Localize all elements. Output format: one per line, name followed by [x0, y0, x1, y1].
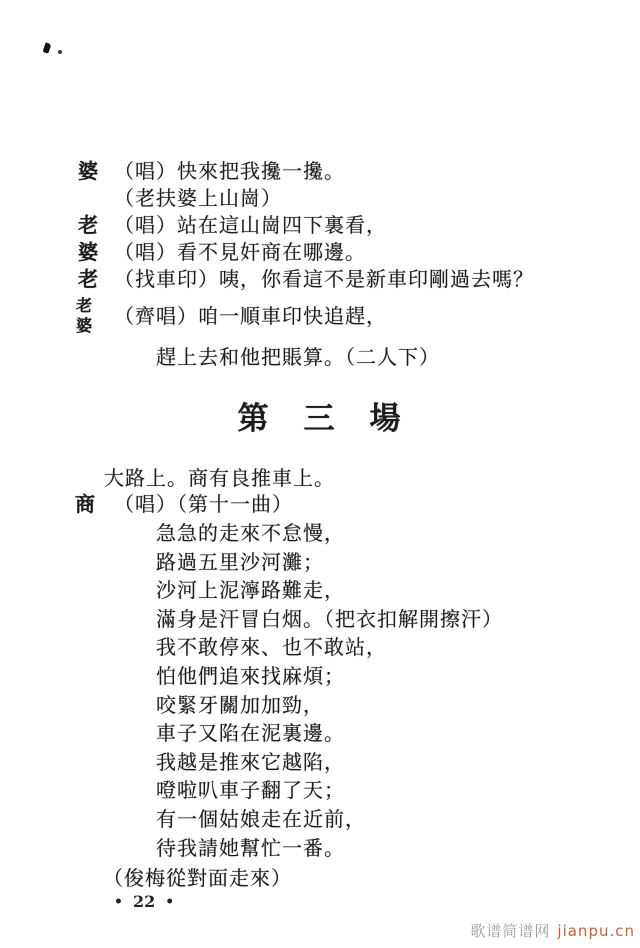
- dialogue-text: （唱）站在這山崗四下裏看，: [114, 213, 387, 237]
- verse-line: 有一個姑娘走在近前，: [156, 805, 503, 834]
- speaker-label-bottom: 婆: [76, 316, 93, 336]
- dialogue-text: 趕上去和他把賬算。（二人下）: [156, 345, 440, 369]
- speaker-label: 婆: [78, 158, 98, 185]
- scene-title: 第 三 場: [0, 393, 640, 438]
- dialogue-row: 婆 （唱）看不見奸商在哪邊。: [0, 239, 640, 266]
- speaker-label: 老: [78, 266, 98, 293]
- verse-line: 咬緊牙關加加勁，: [156, 691, 503, 720]
- dialogue-continuation-row: 趕上去和他把賬算。（二人下）: [0, 344, 640, 371]
- verse-block: 急急的走來不怠慢， 路過五里沙河灘； 沙河上泥濘路難走， 滿身是汗冒白烟。（把衣…: [156, 519, 503, 862]
- page-number-value: 22: [133, 892, 155, 911]
- speaker-label: 老: [78, 212, 98, 239]
- dialogue-text: （唱）看不見奸商在哪邊。: [114, 240, 366, 264]
- verse-line: 我不敢停來、也不敢站，: [156, 633, 503, 662]
- ink-speck: [58, 50, 62, 54]
- dialogue-block: 婆 （唱）快來把我攙一攙。 （老扶婆上山崗） 老 （唱）站在這山崗四下裏看， 婆…: [0, 158, 640, 371]
- speaker-label-stacked: 老 婆: [76, 296, 93, 336]
- dialogue-text: （齊唱）咱一順車印快追趕，: [114, 304, 387, 328]
- verse-line: 急急的走來不怠慢，: [156, 519, 503, 548]
- verse-line: 待我請她幫忙一番。: [156, 834, 503, 863]
- verse-line: 車子又陷在泥裏邊。: [156, 719, 503, 748]
- page-number-dot: •: [114, 894, 123, 910]
- speaker-label: 商: [75, 491, 96, 518]
- speaker-label: 婆: [78, 239, 98, 266]
- singer-row: 商 （唱）（第十一曲）: [0, 491, 640, 518]
- singer-direction: （唱）（第十一曲）: [0, 492, 293, 516]
- verse-line: 滿身是汗冒白烟。（把衣扣解開擦汗）: [156, 605, 503, 634]
- verse-line: 噔啦叭車子翻了天；: [156, 776, 503, 805]
- watermark-site-url: jianpu.cn: [557, 922, 635, 940]
- dialogue-row: 老 （找車印）咦，你看這不是新車印剛過去嗎？: [0, 266, 640, 293]
- dialogue-row-duet: 老 婆 （齊唱）咱一順車印快追趕，: [0, 293, 640, 339]
- dialogue-row: 老 （唱）站在這山崗四下裏看，: [0, 212, 640, 239]
- watermark-site-name: 歌谱简谱网: [470, 920, 550, 941]
- stage-direction-row: （老扶婆上山崗）: [0, 185, 640, 212]
- verse-line: 沙河上泥濘路難走，: [156, 576, 503, 605]
- scene-description: 大路上。商有良推車上。: [104, 462, 335, 491]
- page-number: • 22 •: [114, 892, 174, 911]
- scanned-script-page: 婆 （唱）快來把我攙一攙。 （老扶婆上山崗） 老 （唱）站在這山崗四下裏看， 婆…: [0, 0, 640, 948]
- stage-direction-text: （老扶婆上山崗）: [114, 186, 282, 210]
- ink-speck: [43, 42, 52, 53]
- watermark: 歌谱简谱网 jianpu.cn: [470, 920, 635, 941]
- dialogue-text: （唱）快來把我攙一攙。: [114, 159, 345, 183]
- speaker-label-top: 老: [76, 296, 93, 316]
- page-number-dot: •: [165, 894, 174, 910]
- verse-line: 我越是推來它越陷，: [156, 748, 503, 777]
- dialogue-text: （找車印）咦，你看這不是新車印剛過去嗎？: [114, 267, 534, 291]
- stage-direction-text: （俊梅從對面走來）: [103, 862, 292, 891]
- verse-line: 路過五里沙河灘；: [156, 548, 503, 577]
- verse-line: 怕他們追來找麻煩；: [156, 662, 503, 691]
- dialogue-row: 婆 （唱）快來把我攙一攙。: [0, 158, 640, 185]
